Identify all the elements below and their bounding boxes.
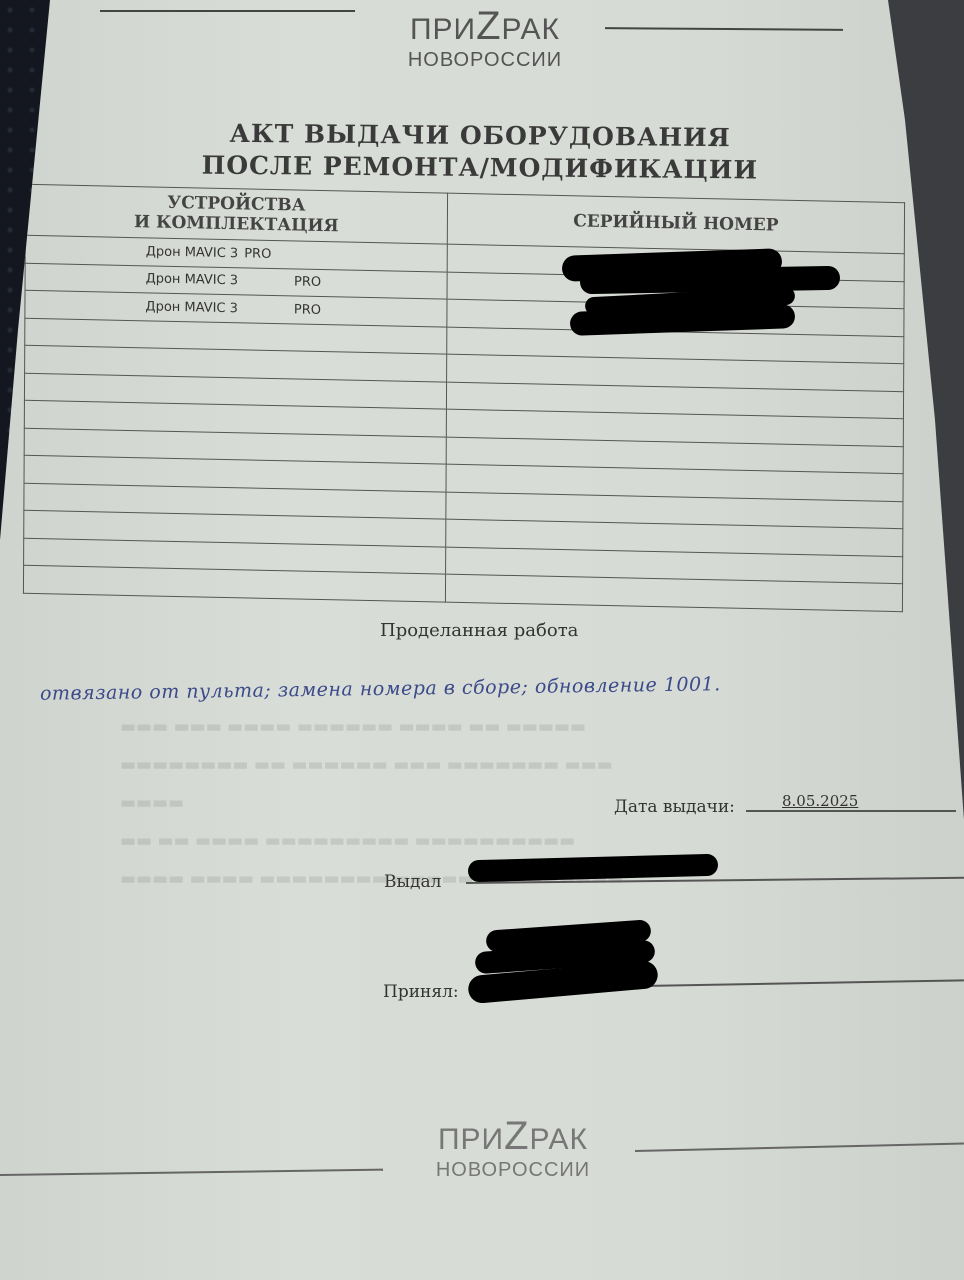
equipment-table: УСТРОЙСТВА И КОМПЛЕКТАЦИЯ СЕРИЙНЫЙ НОМЕР… (23, 184, 905, 612)
logo-subtitle: НОВОРОССИИ (390, 50, 580, 70)
paper-sheet: ПРИZРАК НОВОРОССИИ АКТ ВЫДАЧИ ОБОРУДОВАН… (0, 0, 964, 1280)
logo-subtitle: НОВОРОССИИ (418, 1160, 608, 1180)
header-rule-left (100, 10, 355, 12)
logo-z-mark: Z (476, 4, 501, 48)
header-rule-right (605, 27, 843, 31)
footer-rule-left (0, 1169, 383, 1176)
title-line-1: АКТ ВЫДАЧИ ОБОРУДОВАНИЯ (200, 118, 760, 155)
issued-by-label: Выдал (384, 872, 441, 892)
logo-text: ПРИ (410, 13, 476, 46)
work-done-label: Проделанная работа (380, 620, 578, 641)
footer-logo: ПРИZРАК НОВОРОССИИ (418, 1116, 608, 1180)
logo-text: РАК (502, 13, 561, 46)
device-name: Дрон MAVIC 3 (146, 272, 239, 289)
work-done-handwritten-text: отвязано от пульта; замена номера в сбор… (40, 673, 721, 705)
device-name: Дрон MAVIC 3 (146, 244, 239, 261)
issue-date-underline (746, 810, 956, 812)
logo-text: ПРИ (438, 1123, 504, 1156)
footer-rule-right (635, 1143, 964, 1152)
device-variant: PRO (294, 302, 321, 318)
title-line-2: ПОСЛЕ РЕМОНТА/МОДИФИКАЦИИ (200, 150, 760, 187)
logo-z-mark: Z (504, 1114, 529, 1158)
column-header-devices: УСТРОЙСТВА И КОМПЛЕКТАЦИЯ (25, 184, 447, 244)
received-by-label: Принял: (383, 982, 459, 1002)
device-variant: PRO (294, 275, 321, 291)
issue-date-value: 8.05.2025 (782, 792, 858, 810)
header-logo: ПРИZРАК НОВОРОССИИ (390, 6, 580, 70)
logo-text: РАК (530, 1123, 589, 1156)
device-name: Дрон MAVIC 3 (145, 299, 238, 316)
issue-date-label: Дата выдачи: (614, 797, 735, 817)
device-variant: PRO (244, 246, 271, 262)
document-title: АКТ ВЫДАЧИ ОБОРУДОВАНИЯ ПОСЛЕ РЕМОНТА/МО… (200, 118, 761, 187)
